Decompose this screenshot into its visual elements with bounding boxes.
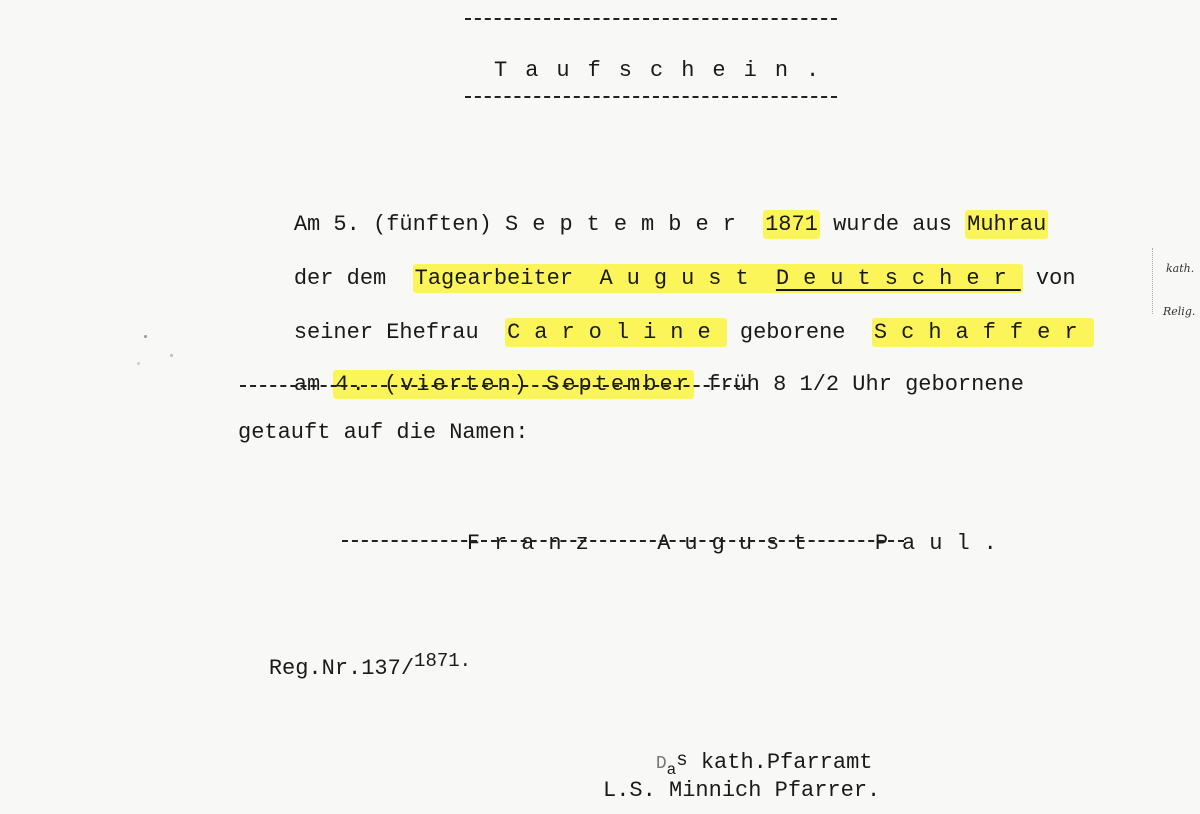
highlight-year: 1871: [763, 210, 820, 239]
text-seiner-ehefrau: seiner Ehefrau: [294, 320, 492, 345]
signature-pastor: L.S. Minnich Pfarrer.: [603, 778, 880, 804]
text-month: September: [505, 212, 750, 237]
text-wurde-aus: wurde aus: [820, 212, 965, 237]
text-father-last: Deutscher: [776, 266, 1021, 291]
paper-speck: [137, 362, 140, 365]
registry-prefix: Reg.Nr.137/: [269, 656, 414, 681]
text-von: von: [1023, 266, 1076, 291]
document-title: Taufschein.: [494, 58, 837, 84]
text-der-dem: der dem: [294, 266, 400, 291]
title-bottom-rule: [465, 96, 837, 98]
paper-speck: [144, 335, 147, 338]
margin-note-2: Relig.: [1163, 305, 1195, 318]
registry-number: Reg.Nr.137/1871.: [216, 630, 471, 708]
paper-speck: [170, 354, 173, 357]
names-rule: [342, 540, 904, 542]
text-occupation: Tagearbeiter: [415, 266, 573, 291]
sig-das-d: D: [656, 754, 667, 774]
sig-das-s: s: [676, 749, 687, 771]
body-line-5: getauft auf die Namen:: [238, 420, 528, 446]
text-father-first: August: [599, 266, 762, 291]
baptized-names: Franz August Paul.: [358, 505, 1011, 583]
title-top-rule: [465, 18, 837, 20]
margin-bracket: [1152, 248, 1153, 314]
highlight-place: Muhrau: [965, 210, 1048, 239]
highlight-father: Tagearbeiter August Deutscher: [413, 264, 1023, 293]
highlight-mother-first: Caroline: [505, 318, 727, 347]
name-second: August: [657, 531, 820, 556]
sig-das-a: a: [667, 761, 677, 779]
margin-note-1: kath.: [1166, 262, 1194, 275]
document-page: Taufschein. Am 5. (fünften) September 18…: [0, 0, 1200, 814]
birth-date-rule: [240, 385, 750, 387]
text-geborene: geborene: [727, 320, 859, 345]
text-date-baptism: Am 5. (fünften): [294, 212, 505, 237]
highlight-mother-maiden: Schaffer: [872, 318, 1094, 347]
sig-office-text: kath.Pfarramt: [688, 750, 873, 775]
name-first: Franz: [467, 531, 603, 556]
name-third: Paul.: [875, 531, 1011, 556]
registry-year: 1871.: [414, 650, 471, 672]
